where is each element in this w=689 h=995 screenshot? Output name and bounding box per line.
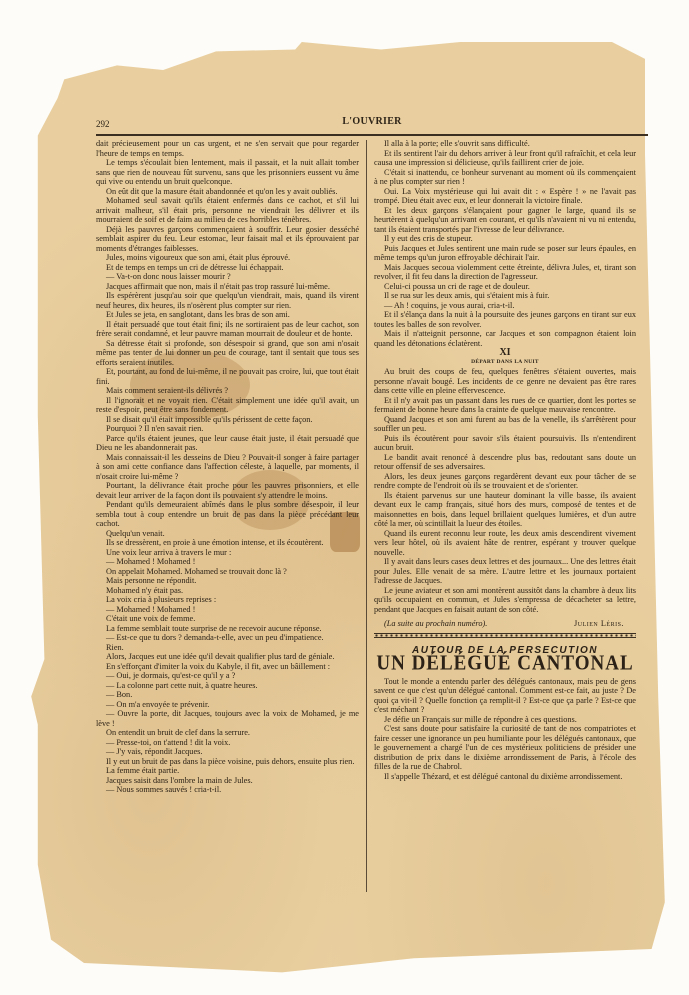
paragraph: Déjà les pauvres garçons commençaient à … bbox=[96, 225, 359, 254]
paragraph: Et Jules se jeta, en sanglotant, dans le… bbox=[96, 310, 359, 320]
paragraph: Il se disait qu'il était impossible qu'i… bbox=[96, 415, 359, 425]
paragraph: Jacques saisit dans l'ombre la main de J… bbox=[96, 776, 359, 786]
paragraph: Mais comment seraient-ils délivrés ? bbox=[96, 386, 359, 396]
paragraph: Et il s'élança dans la nuit à la poursui… bbox=[374, 310, 636, 329]
paragraph: — Mohamed ! Mohamed ! bbox=[96, 605, 359, 615]
paragraph: — Va-t-on donc nous laisser mourir ? bbox=[96, 272, 359, 282]
article-headline: UN DÉLÉGUÉ CANTONAL bbox=[374, 659, 636, 669]
chapter-title: DÉPART DANS LA NUIT bbox=[374, 358, 636, 368]
paragraph: On eût dit que la masure était abandonné… bbox=[96, 187, 359, 197]
paragraph: — Mohamed ! Mohamed ! bbox=[96, 557, 359, 567]
paragraph: — Bon. bbox=[96, 690, 359, 700]
paragraph: Il y eut des cris de stupeur. bbox=[374, 234, 636, 244]
paragraph: Tout le monde a entendu parler des délég… bbox=[374, 677, 636, 715]
paragraph: Et ils sentirent l'air du dehors arriver… bbox=[374, 149, 636, 168]
paragraph: Quand ils eurent reconnu leur route, les… bbox=[374, 529, 636, 558]
paragraph: Pourquoi ? Il n'en savait rien. bbox=[96, 424, 359, 434]
paragraph: Il s'appelle Thézard, et est délégué can… bbox=[374, 772, 636, 782]
paragraph: Il y eut un bruit de pas dans la pièce v… bbox=[96, 757, 359, 767]
paragraph: Le bandit avait renoncé à descendre plus… bbox=[374, 453, 636, 472]
serial-continuation: Il alla à la porte; elle s'ouvrit sans d… bbox=[374, 139, 636, 348]
paragraph: Quand Jacques et son ami furent au bas d… bbox=[374, 415, 636, 434]
author-name: Julien Léris. bbox=[574, 619, 636, 629]
ornamental-rule bbox=[374, 633, 636, 638]
paragraph: — Oui, je dormais, qu'est-ce qu'il y a ? bbox=[96, 671, 359, 681]
paragraph: On appelait Mohamed. Mohamed se trouvait… bbox=[96, 567, 359, 577]
paragraph: Mais connaissait-il les desseins de Dieu… bbox=[96, 453, 359, 482]
paragraph: Parce qu'ils étaient jeunes, que leur ca… bbox=[96, 434, 359, 453]
paragraph: C'était si inattendu, ce bonheur survena… bbox=[374, 168, 636, 187]
paragraph: Mohamed n'y était pas. bbox=[96, 586, 359, 596]
paragraph: Rien. bbox=[96, 643, 359, 653]
paragraph: La voix cria à plusieurs reprises : bbox=[96, 595, 359, 605]
paragraph: Puis ils écoutèrent pour savoir s'ils ét… bbox=[374, 434, 636, 453]
paragraph: dait précieusement pour un cas urgent, e… bbox=[96, 139, 359, 158]
continuation-note: (La suite au prochain numéro). bbox=[374, 619, 487, 629]
right-column: Il alla à la porte; elle s'ouvrit sans d… bbox=[374, 139, 636, 781]
paragraph: Il se rua sur les deux amis, qui s'étaie… bbox=[374, 291, 636, 301]
paragraph: Le temps s'écoulait bien lentement, mais… bbox=[96, 158, 359, 187]
column-divider bbox=[366, 140, 367, 892]
paragraph: Mohamed seul savait qu'ils étaient enfer… bbox=[96, 196, 359, 225]
paragraph: Il était persuadé que tout était fini; i… bbox=[96, 320, 359, 339]
paragraph: En s'efforçant d'imiter la voix du Kabyl… bbox=[96, 662, 359, 672]
paragraph: Quelqu'un venait. bbox=[96, 529, 359, 539]
paragraph: Sa détresse était si profonde, son déses… bbox=[96, 339, 359, 368]
paragraph: Alors, Jacques eut une idée qu'il devait… bbox=[96, 652, 359, 662]
paragraph: Jules, moins vigoureux que son ami, étai… bbox=[96, 253, 359, 263]
header-rule bbox=[96, 134, 648, 136]
paragraph: On entendit un bruit de clef dans la ser… bbox=[96, 728, 359, 738]
paragraph: Et de temps en temps un cri de détresse … bbox=[96, 263, 359, 273]
chapter-number: XI bbox=[374, 348, 636, 358]
paragraph: — Nous sommes sauvés ! cria-t-il. bbox=[96, 785, 359, 795]
paragraph: Il l'ignorait et ne voyait rien. C'était… bbox=[96, 396, 359, 415]
paragraph: Puis Jacques et Jules sentirent une main… bbox=[374, 244, 636, 263]
paragraph: Ils se dressèrent, en proie à une émotio… bbox=[96, 538, 359, 548]
paragraph: Ils espérèrent jusqu'au soir que quelqu'… bbox=[96, 291, 359, 310]
paragraph: Oui. La Voix mystérieuse qui lui avait d… bbox=[374, 187, 636, 206]
paragraph: — J'y vais, répondit Jacques. bbox=[96, 747, 359, 757]
paragraph: — Presse-toi, on t'attend ! dit la voix. bbox=[96, 738, 359, 748]
paragraph: La femme était partie. bbox=[96, 766, 359, 776]
paragraph: Et les deux garçons s'élançaient pour ga… bbox=[374, 206, 636, 235]
paragraph: Celui-ci poussa un cri de rage et de dou… bbox=[374, 282, 636, 292]
paragraph: Alors, les deux jeunes garçons regardère… bbox=[374, 472, 636, 491]
paragraph: Il y avait dans leurs cases deux lettres… bbox=[374, 557, 636, 586]
paragraph: C'est sans doute pour satisfaire la curi… bbox=[374, 724, 636, 772]
paragraph: Le jeune aviateur et son ami montèrent a… bbox=[374, 586, 636, 615]
paragraph: Mais il n'atteignit personne, car Jacque… bbox=[374, 329, 636, 348]
paragraph: Ils étaient parvenus sur une hauteur dom… bbox=[374, 491, 636, 529]
paragraph: Au bruit des coups de feu, quelques fenê… bbox=[374, 367, 636, 396]
paragraph: Pendant qu'ils demeuraient abîmés dans l… bbox=[96, 500, 359, 529]
paragraph: — On m'a envoyée te prévenir. bbox=[96, 700, 359, 710]
page-header: 292 L'OUVRIER bbox=[96, 116, 648, 130]
paragraph: — La colonne part cette nuit, à quatre h… bbox=[96, 681, 359, 691]
paragraph: Jacques affirmait que non, mais il n'éta… bbox=[96, 282, 359, 292]
article-body: Tout le monde a entendu parler des délég… bbox=[374, 677, 636, 782]
journal-title: L'OUVRIER bbox=[96, 116, 648, 127]
paragraph: — Est-ce que tu dors ? demanda-t-elle, a… bbox=[96, 633, 359, 643]
signature-line: (La suite au prochain numéro). Julien Lé… bbox=[374, 619, 636, 629]
paragraph: Une voix leur arriva à travers le mur : bbox=[96, 548, 359, 558]
paragraph: Mais Jacques secoua violemment cette étr… bbox=[374, 263, 636, 282]
paragraph: Et il n'y avait pas un passant dans les … bbox=[374, 396, 636, 415]
paragraph: Je défie un Français sur mille de répond… bbox=[374, 715, 636, 725]
paragraph: Il alla à la porte; elle s'ouvrit sans d… bbox=[374, 139, 636, 149]
paragraph: Mais personne ne répondit. bbox=[96, 576, 359, 586]
left-column: dait précieusement pour un cas urgent, e… bbox=[96, 139, 359, 795]
paragraph: Et, pourtant, au fond de lui-même, il ne… bbox=[96, 367, 359, 386]
paragraph: Pourtant, la délivrance était proche pou… bbox=[96, 481, 359, 500]
paragraph: — Ouvre la porte, dit Jacques, toujours … bbox=[96, 709, 359, 728]
paragraph: — Ah ! coquins, je vous aurai, cria-t-il… bbox=[374, 301, 636, 311]
paragraph: La femme semblait toute surprise de ne r… bbox=[96, 624, 359, 634]
chapter-body: Au bruit des coups de feu, quelques fenê… bbox=[374, 367, 636, 614]
paragraph: C'était une voix de femme. bbox=[96, 614, 359, 624]
